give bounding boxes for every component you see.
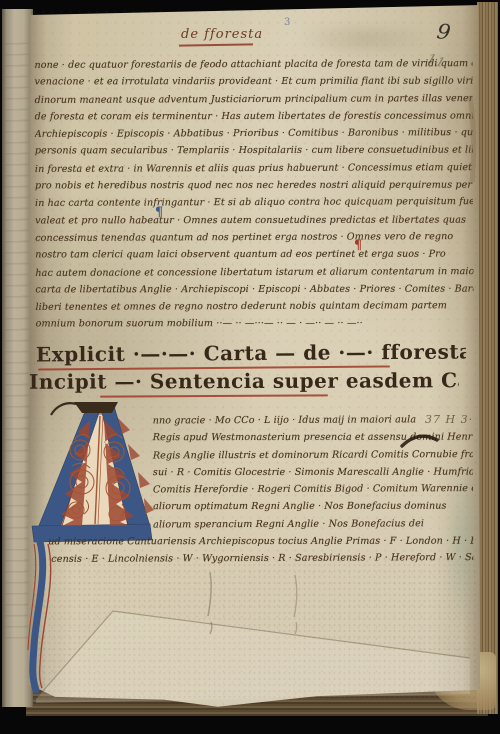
manuscript-line: Comitis Herefordie · Rogeri Comitis Bigo… bbox=[35, 480, 473, 499]
manuscript-line: sui · R · Comitis Glocestrie · Simonis M… bbox=[35, 464, 473, 482]
manuscript-line: carta de libertatibus Anglie · Archiepis… bbox=[35, 280, 473, 298]
manuscript-line: Regis apud Westmonasterium presencia et … bbox=[35, 429, 473, 447]
rubric-explicit: Explicit ·—·—· Carta — de ·—· fforesta. bbox=[36, 339, 466, 366]
blue-paraph-mark: ¶ bbox=[155, 205, 163, 220]
manuscript-line: hac autem donacione et concessione liber… bbox=[35, 263, 473, 282]
quire-mark: 3 bbox=[284, 17, 290, 28]
manuscript-line: personis quam secularibus · Templariis ·… bbox=[35, 142, 473, 160]
manuscript-line: de foresta et coram eis terminentur · Ha… bbox=[35, 108, 473, 126]
rubric-incipit: Incipit —· Sentencia super easdem Cartas… bbox=[29, 368, 459, 394]
manuscript-line: Archiepiscopis · Episcopis · Abbatibus ·… bbox=[35, 124, 473, 143]
manuscript-line: in hac carta contente infringantur · Et … bbox=[35, 193, 473, 212]
manuscript-line: ud miseracione Cantuariensis Archiepisco… bbox=[35, 533, 473, 551]
manuscript-line: aliorum sperancium Regni Anglie · Nos Bo… bbox=[35, 515, 473, 534]
manuscript-line: nostro tam clerici quam laici observent … bbox=[35, 246, 473, 264]
manuscript-line: nno gracie · Mo CCo · L iijo · Idus maij… bbox=[35, 411, 473, 430]
manuscript-line: aliorum optimatum Regni Anglie · Nos Bon… bbox=[35, 498, 473, 516]
book-fore-edge bbox=[477, 2, 498, 714]
charter-text-block: none · dec quatuor forestariis de feodo … bbox=[34, 55, 473, 334]
sentencia-text-block: nno gracie · Mo CCo · L iijo · Idus maij… bbox=[35, 411, 474, 569]
manuscript-line: pro nobis et heredibus nostris quod nec … bbox=[35, 177, 473, 195]
red-paraph-mark: ¶ bbox=[354, 238, 362, 253]
manuscript-line: dinorum maneant usque adventum Justiciar… bbox=[35, 90, 473, 109]
manuscript-photo: de fforesta 3 9 11 none · dec quatuor fo… bbox=[0, 0, 500, 734]
manuscript-line: valeat et pro nullo habeatur · Omnes aut… bbox=[35, 211, 473, 229]
manuscript-line: in foresta et extra · in Warennis et ali… bbox=[35, 159, 473, 178]
manuscript-line: censis · E · Lincolniensis · W · Wygorni… bbox=[35, 549, 473, 568]
manuscript-line: concessimus tenendas quantum ad nos pert… bbox=[35, 228, 473, 247]
manuscript-line: none · dec quatuor forestariis de feodo … bbox=[34, 55, 472, 74]
manuscript-line: omnium bonorum suorum mobilium ··— ·· —·… bbox=[36, 315, 474, 333]
manuscript-line: liberi tenentes et omnes de regno nostro… bbox=[35, 297, 473, 316]
running-title: de fforesta bbox=[181, 27, 263, 42]
manuscript-line: venacione · et ea irrotulata vindariis p… bbox=[34, 73, 472, 91]
manuscript-line: Regis Anglie illustris et dominorum Rica… bbox=[35, 446, 473, 465]
tan-stain bbox=[300, 22, 430, 56]
